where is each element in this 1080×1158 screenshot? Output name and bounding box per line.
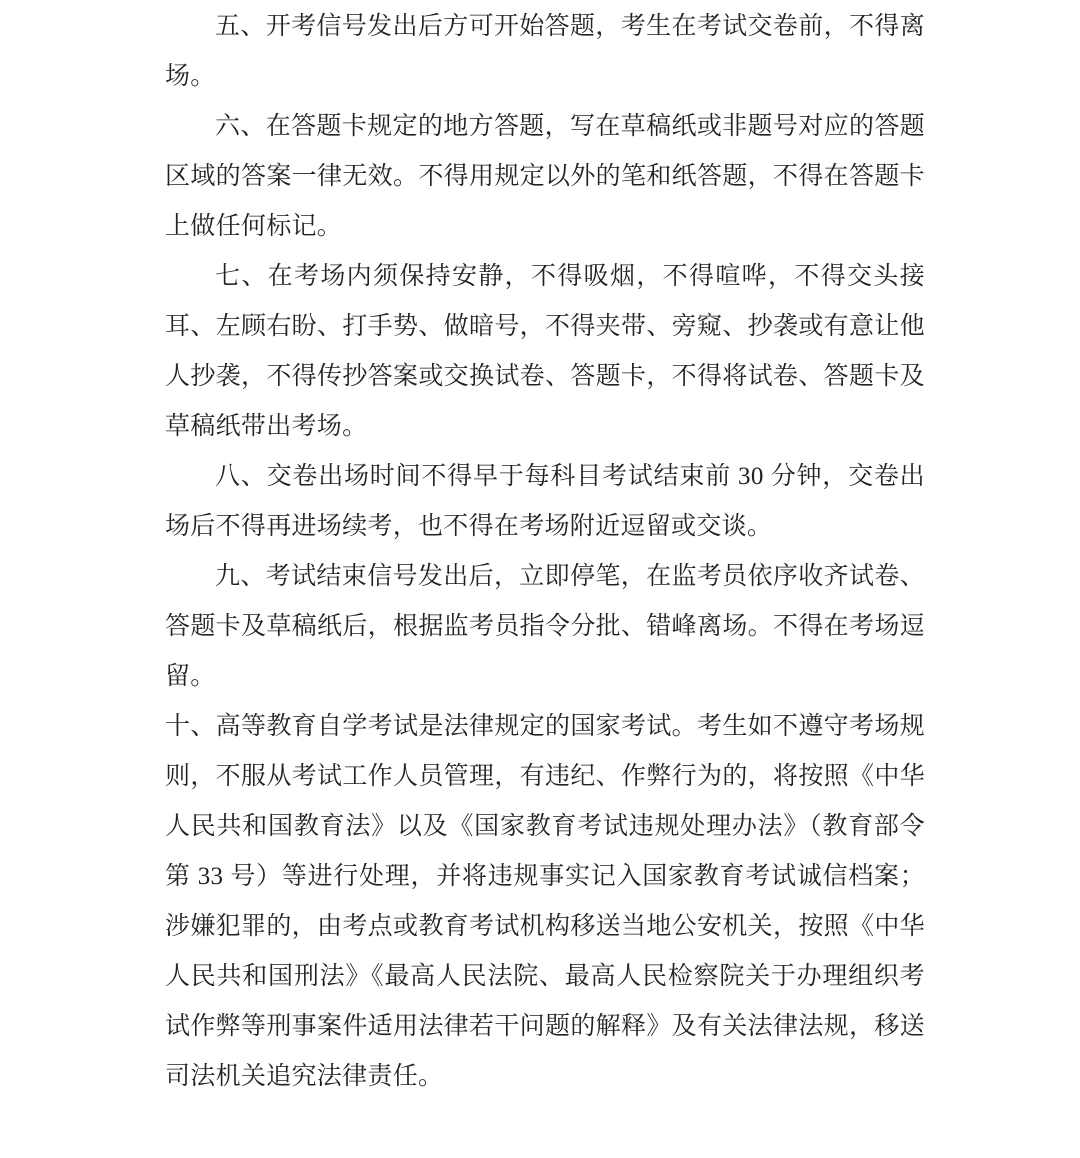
rule-item-10: 十、高等教育自学考试是法律规定的国家考试。考生如不遵守考场规则，不服从考试工作人… xyxy=(165,702,925,1102)
document-page: 五、开考信号发出后方可开始答题，考生在考试交卷前，不得离场。六、在答题卡规定的地… xyxy=(0,0,1080,1158)
rule-item-5: 五、开考信号发出后方可开始答题，考生在考试交卷前，不得离场。 xyxy=(165,2,925,102)
rule-item-9: 九、考试结束信号发出后，立即停笔，在监考员依序收齐试卷、答题卡及草稿纸后，根据监… xyxy=(165,552,925,702)
exam-rules-content: 五、开考信号发出后方可开始答题，考生在考试交卷前，不得离场。六、在答题卡规定的地… xyxy=(165,2,925,1102)
rule-item-6: 六、在答题卡规定的地方答题，写在草稿纸或非题号对应的答题区域的答案一律无效。不得… xyxy=(165,102,925,252)
rule-item-7: 七、在考场内须保持安静，不得吸烟，不得喧哗，不得交头接耳、左顾右盼、打手势、做暗… xyxy=(165,252,925,452)
rule-item-8: 八、交卷出场时间不得早于每科目考试结束前 30 分钟，交卷出场后不得再进场续考，… xyxy=(165,452,925,552)
